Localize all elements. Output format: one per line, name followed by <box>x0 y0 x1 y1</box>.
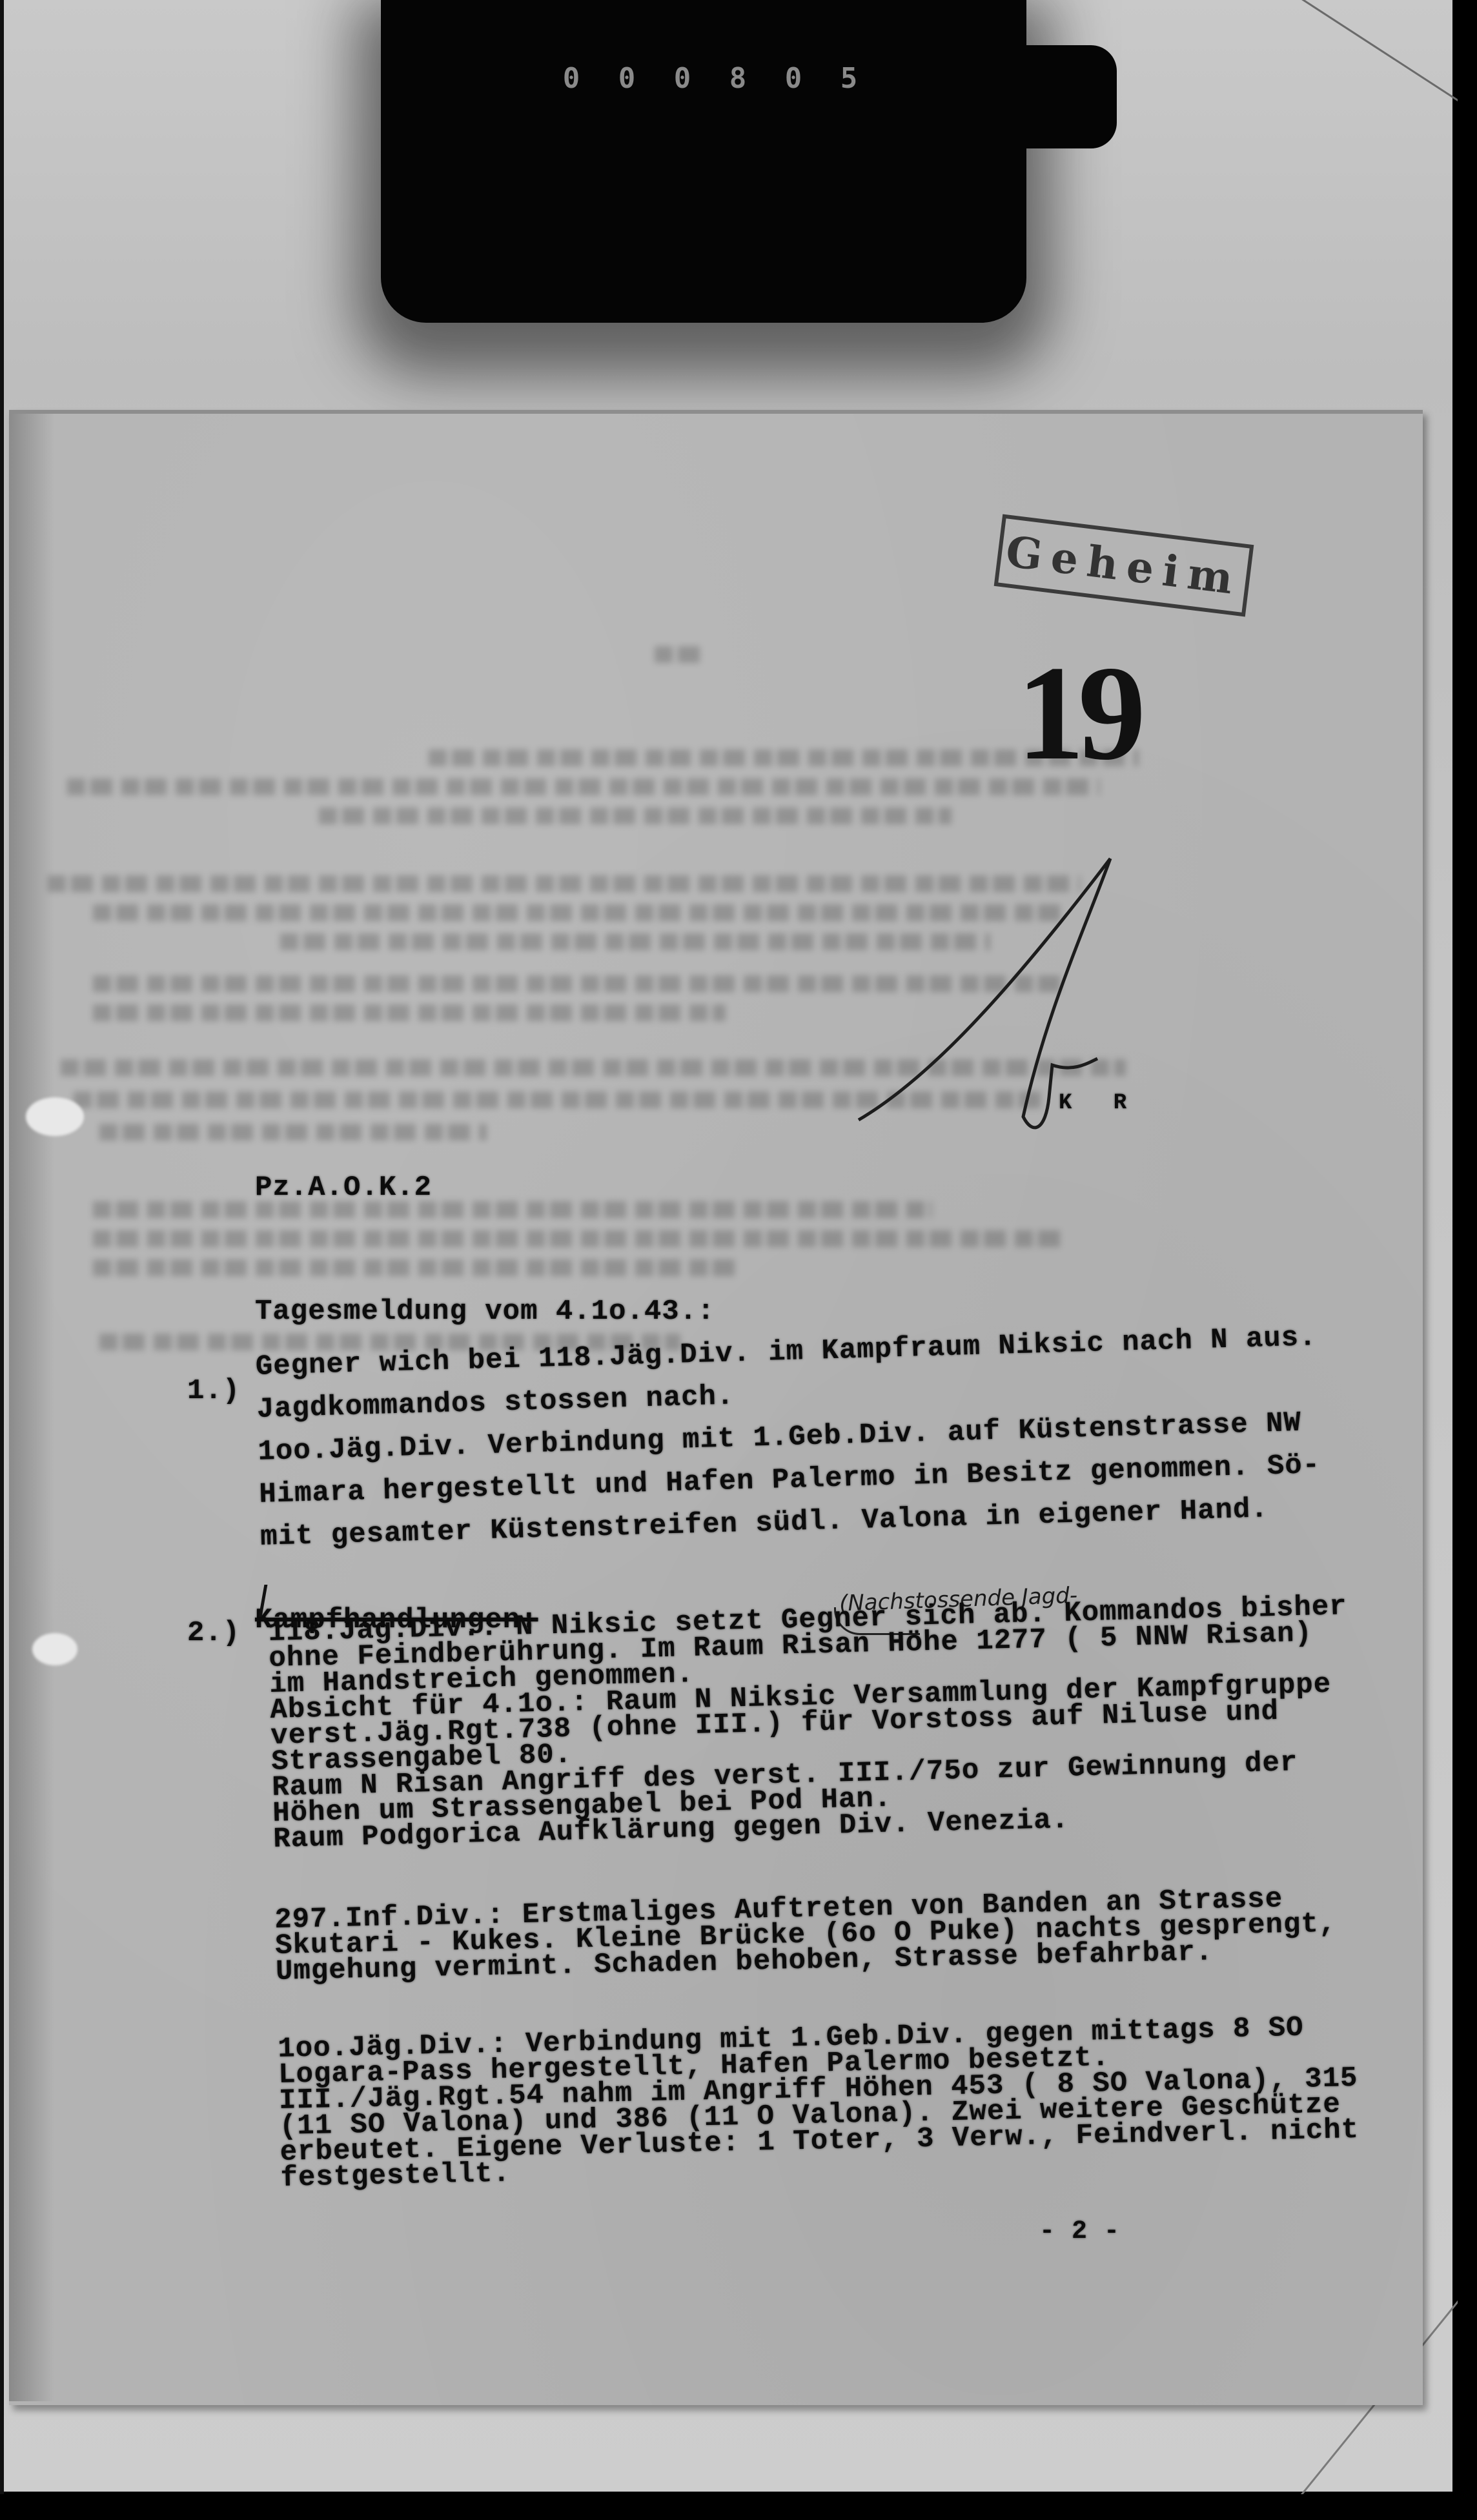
frame-counter: 0 0 0 8 0 5 <box>555 62 865 95</box>
document-clamp <box>381 0 1026 323</box>
document-clamp-tab <box>1020 45 1117 148</box>
typed-initials: K R <box>1059 1091 1141 1115</box>
film-edge <box>0 2494 1477 2520</box>
film-edge <box>0 0 4 2520</box>
paragraph-118-jaeg-div: 118.Jäg.Div.: N Niksic setzt Gegner sich… <box>268 1594 1352 1853</box>
report-heading: Tagesmeldung vom 4.1o.43.: <box>255 1296 715 1328</box>
film-edge <box>1458 0 1477 2520</box>
folio-number: 19 <box>1017 636 1139 791</box>
page-shadow <box>9 414 54 2401</box>
paper-damage <box>26 1097 84 1136</box>
item-1-body: Gegner wich bei 118.Jäg.Div. im Kampfrau… <box>255 1316 1322 1559</box>
item-number: 1.) <box>187 1375 240 1407</box>
page-number: - 2 - <box>1039 2217 1120 2246</box>
document-reference: Pz.A.O.K.2 <box>255 1172 432 1204</box>
handwritten-correction <box>259 1585 313 1617</box>
counter-digit: 8 <box>722 62 754 95</box>
counter-digit: 0 <box>777 62 810 95</box>
counter-digit: 0 <box>555 62 587 95</box>
counter-digit: 5 <box>833 62 865 95</box>
counter-digit: 0 <box>666 62 698 95</box>
paper-damage <box>32 1633 77 1665</box>
item-number: 2.) <box>187 1617 240 1649</box>
counter-digit: 0 <box>611 62 643 95</box>
paragraph-100-jaeg-div: 1oo.Jäg.Div.: Verbindung mit 1.Geb.Div. … <box>278 2014 1360 2191</box>
